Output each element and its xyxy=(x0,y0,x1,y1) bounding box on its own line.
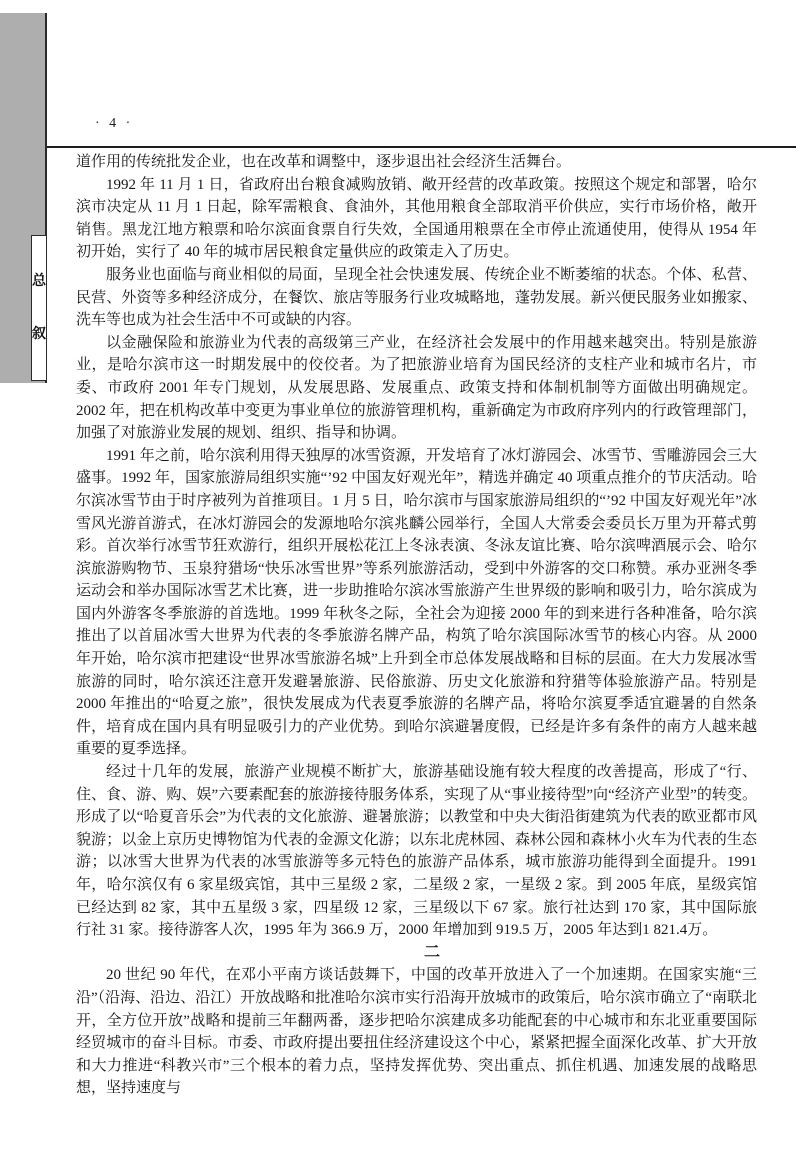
chapter-tab-char: 总 xyxy=(32,275,46,289)
paragraph: 服务业也面临与商业相似的局面，呈现全社会快速发展、传统企业不断萎缩的状态。个体、… xyxy=(76,264,757,332)
section-heading: 二 xyxy=(76,942,757,965)
chapter-tab: 总 叙 xyxy=(31,235,47,381)
paragraph: 1991 年之前，哈尔滨利用得天独厚的冰雪资源，开发培育了冰灯游园会、冰雪节、雪… xyxy=(76,445,757,761)
paragraph: 20 世纪 90 年代，在邓小平南方谈话鼓舞下，中国的改革开放进入了一个加速期。… xyxy=(76,964,757,1100)
header-rule xyxy=(47,146,796,148)
paragraph: 道作用的传统批发企业，也在改革和调整中，逐步退出社会经济生活舞台。 xyxy=(76,151,757,174)
chapter-tab-char: 叙 xyxy=(32,328,46,342)
page-body: 道作用的传统批发企业，也在改革和调整中，逐步退出社会经济生活舞台。 1992 年… xyxy=(76,151,757,1100)
paragraph: 经过十几年的发展，旅游产业规模不断扩大，旅游基础设施有较大程度的改善提高，形成了… xyxy=(76,761,757,942)
paragraph: 以金融保险和旅游业为代表的高级第三产业，在经济社会发展中的作用越来越突出。特别是… xyxy=(76,332,757,445)
page-number: · 4 · xyxy=(95,116,133,132)
paragraph: 1992 年 11 月 1 日，省政府出台粮食减购放销、敞开经营的改革政策。按照… xyxy=(76,174,757,264)
